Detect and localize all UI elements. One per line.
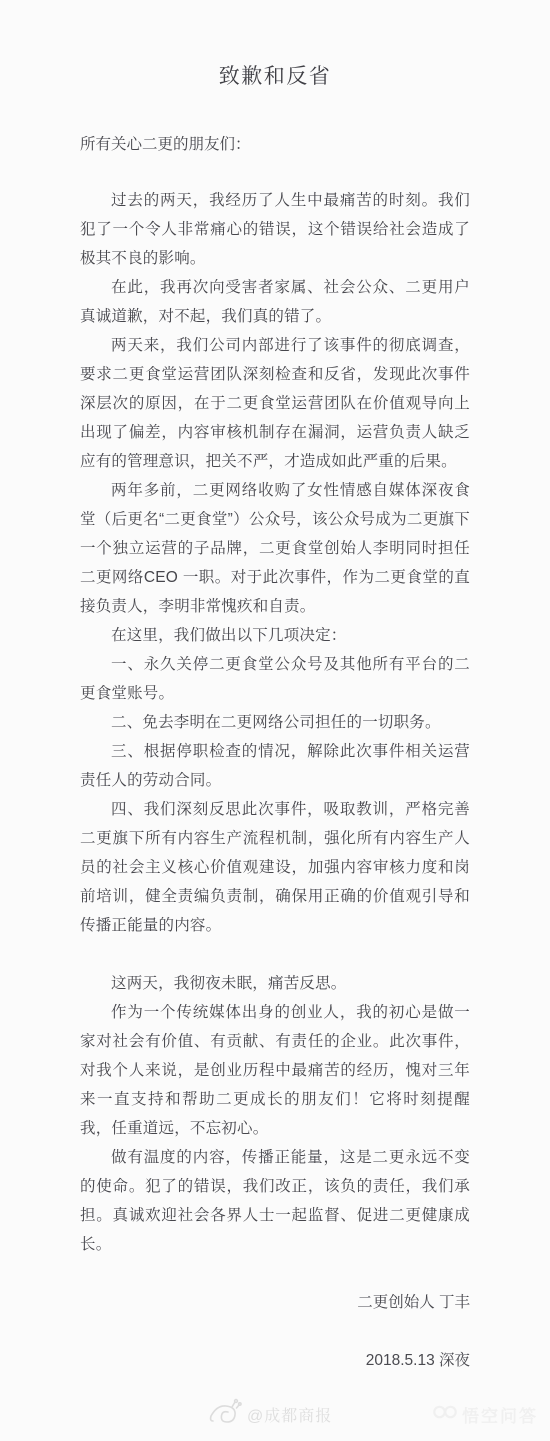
decision-item-3: 三、根据停职检查的情况，解除此次事件相关运营责任人的劳动合同。 (80, 737, 470, 795)
paragraph-4: 两年多前，二更网络收购了女性情感自媒体深夜食堂（后更名“二更食堂”）公众号，该公… (80, 476, 470, 621)
signature: 二更创始人 丁丰 (80, 1288, 470, 1317)
paragraph-closing: 做有温度的内容，传播正能量，这是二更永远不变的使命。犯了的错误，我们改正，该负的… (80, 1143, 470, 1259)
paragraph-5-decisions-intro: 在这里，我们做出以下几项决定： (80, 621, 470, 650)
paragraph-reflection-2: 作为一个传统媒体出身的创业人，我的初心是做一家对社会有价值、有贡献、有责任的企业… (80, 998, 470, 1143)
decision-item-2: 二、免去李明在二更网络公司担任的一切职务。 (80, 708, 470, 737)
letter-content: 所有关心二更的朋友们： 过去的两天，我经历了人生中最痛苦的时刻。我们犯了一个令人… (0, 135, 550, 1375)
paragraph-reflection-1: 这两天，我彻夜未眠，痛苦反思。 (80, 969, 470, 998)
date: 2018.5.13 深夜 (80, 1346, 470, 1375)
watermark-left-label: @成都商报 (247, 1403, 332, 1426)
decision-item-1: 一、永久关停二更食堂公众号及其他所有平台的二更食堂账号。 (80, 650, 470, 708)
paragraph-2: 在此，我再次向受害者家属、社会公众、二更用户真诚道歉，对不起，我们真的错了。 (80, 273, 470, 331)
watermark-right-label: 悟空问答 (462, 1402, 538, 1427)
document-title: 致歉和反省 (0, 0, 550, 92)
paragraph-1: 过去的两天，我经历了人生中最痛苦的时刻。我们犯了一个令人非常痛心的错误，这个错误… (80, 186, 470, 273)
snail-logo-icon (208, 1398, 242, 1431)
watermark-wukong-qa: 悟空问答 (432, 1402, 538, 1427)
apology-letter-document: 致歉和反省 所有关心二更的朋友们： 过去的两天，我经历了人生中最痛苦的时刻。我们… (0, 0, 550, 1441)
letter-body: 过去的两天，我经历了人生中最痛苦的时刻。我们犯了一个令人非常痛心的错误，这个错误… (80, 186, 470, 1259)
wukong-qa-logo-icon (432, 1403, 458, 1426)
salutation: 所有关心二更的朋友们： (80, 135, 470, 155)
paragraph-3: 两天来，我们公司内部进行了该事件的彻底调查，要求二更食堂运营团队深刻检查和反省，… (80, 331, 470, 476)
watermark-chengdu-daily: @成都商报 (208, 1398, 332, 1431)
decision-item-4: 四、我们深刻反思此次事件，吸取教训，严格完善二更旗下所有内容生产流程机制，强化所… (80, 795, 470, 940)
